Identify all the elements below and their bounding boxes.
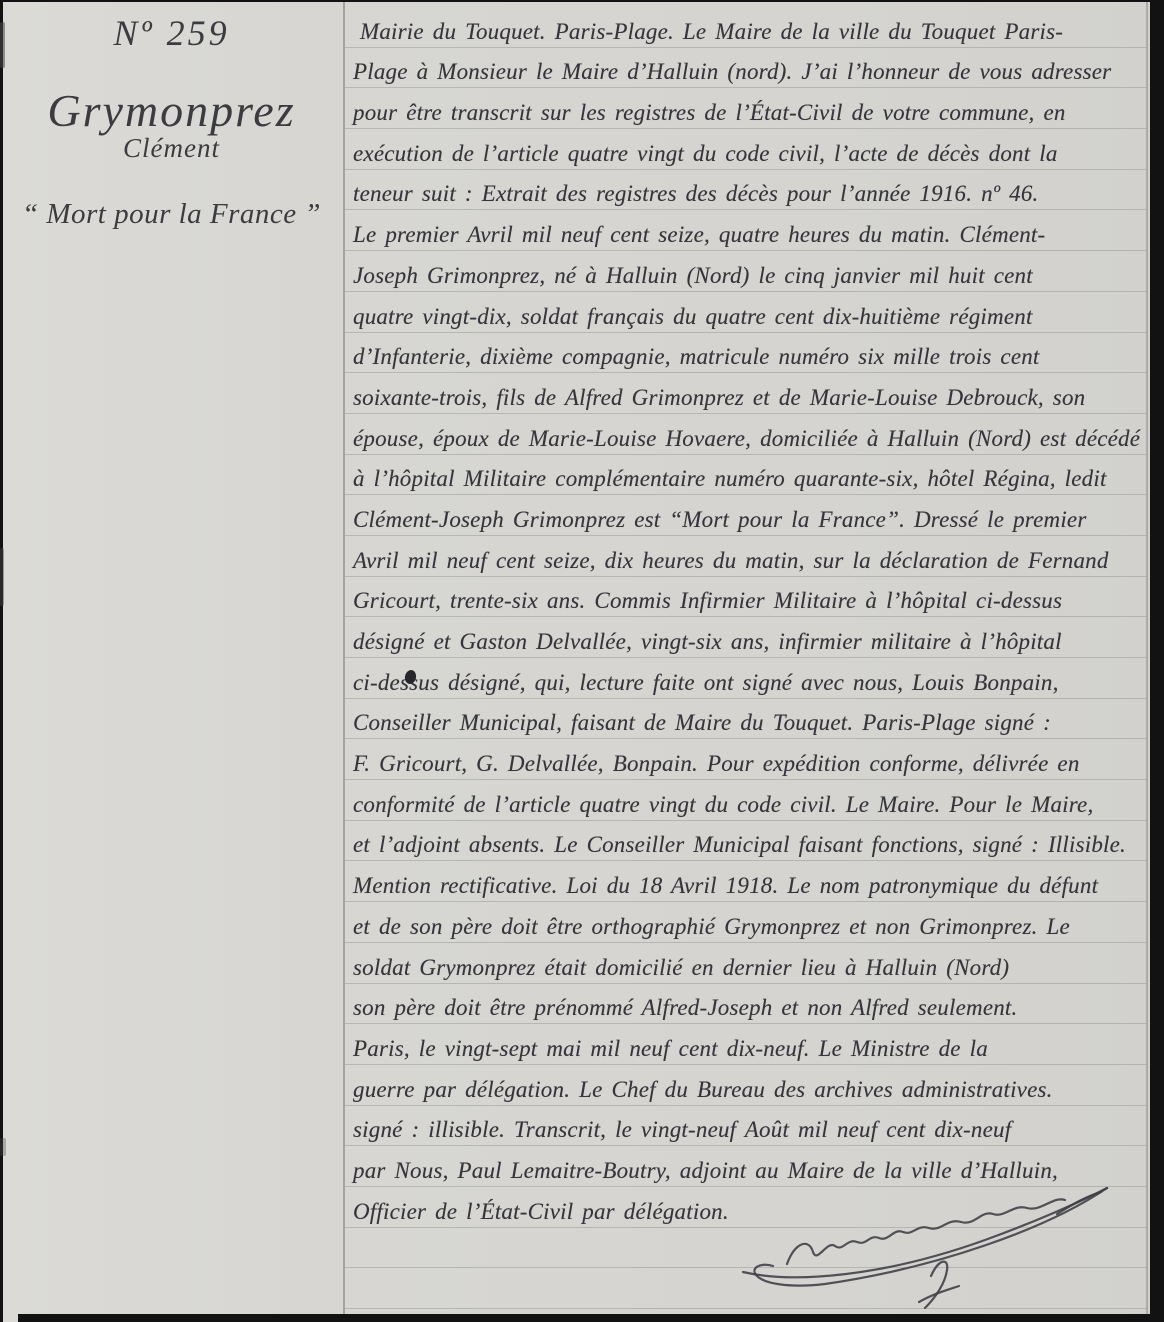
act-line-text: pour être transcrit sur les registres de… — [353, 99, 1066, 127]
act-line: à l’hôpital Militaire complémentaire num… — [345, 455, 1146, 496]
act-line-text: ci-dessus désigné, qui, lecture faite on… — [353, 669, 1059, 697]
act-line: soldat Grymonprez était domicilié en der… — [345, 943, 1146, 984]
act-line-text: d’Infanterie, dixième compagnie, matricu… — [353, 343, 1040, 371]
act-line-text: exécution de l’article quatre vingt du c… — [353, 140, 1058, 168]
act-line: ci-dessus désigné, qui, lecture faite on… — [345, 658, 1146, 699]
page-edge-rule — [1146, 0, 1148, 1314]
act-line: Conseiller Municipal, faisant de Maire d… — [345, 699, 1146, 740]
act-line: Joseph Grimonprez, né à Halluin (Nord) l… — [345, 251, 1146, 292]
act-line: épouse, époux de Marie-Louise Hovaere, d… — [345, 414, 1146, 455]
act-line-text: Mairie du Touquet. Paris-Plage. Le Maire… — [360, 18, 1063, 46]
act-line: soixante-trois, fils de Alfred Grimonpre… — [345, 373, 1146, 414]
signature-lemaitre-boutry — [735, 1180, 1115, 1320]
act-line-text: soldat Grymonprez était domicilié en der… — [353, 954, 1009, 982]
deceased-given-name: Clément — [0, 133, 343, 164]
act-line: et l’adjoint absents. Le Conseiller Muni… — [345, 821, 1146, 862]
act-line: Mention rectificative. Loi du 18 Avril 1… — [345, 861, 1146, 902]
act-lines: Mairie du Touquet. Paris-Plage. Le Maire… — [345, 7, 1146, 1309]
act-line: Gricourt, trente-six ans. Commis Infirmi… — [345, 577, 1146, 618]
act-line-text: Officier de l’État-Civil par délégation. — [353, 1198, 729, 1226]
act-line: Plage à Monsieur le Maire d’Halluin (nor… — [345, 48, 1146, 89]
act-line-text: soixante-trois, fils de Alfred Grimonpre… — [353, 384, 1085, 412]
act-line: Mairie du Touquet. Paris-Plage. Le Maire… — [345, 7, 1146, 48]
act-line: pour être transcrit sur les registres de… — [345, 88, 1146, 129]
act-line: Paris, le vingt-sept mai mil neuf cent d… — [345, 1024, 1146, 1065]
act-line: d’Infanterie, dixième compagnie, matricu… — [345, 333, 1146, 374]
act-line: conformité de l’article quatre vingt du … — [345, 780, 1146, 821]
scan-smudge — [0, 1138, 6, 1156]
act-line-text: son père doit être prénommé Alfred-Josep… — [353, 994, 1017, 1022]
act-line: et de son père doit être orthographié Gr… — [345, 902, 1146, 943]
scan-edge-right — [1150, 0, 1164, 1322]
act-line-text: Paris, le vingt-sept mai mil neuf cent d… — [353, 1035, 988, 1063]
act-line-text: Mention rectificative. Loi du 18 Avril 1… — [353, 872, 1098, 900]
act-line-text: et l’adjoint absents. Le Conseiller Muni… — [353, 831, 1126, 859]
act-line-text: et de son père doit être orthographié Gr… — [353, 913, 1070, 941]
act-line-text: épouse, époux de Marie-Louise Hovaere, d… — [353, 425, 1140, 453]
act-line-text: Joseph Grimonprez, né à Halluin (Nord) l… — [353, 262, 1033, 290]
scan-edge-left — [0, 0, 3, 1322]
scan-smudge — [0, 22, 5, 68]
act-line-text: Conseiller Municipal, faisant de Maire d… — [353, 709, 1051, 737]
act-line: son père doit être prénommé Alfred-Josep… — [345, 984, 1146, 1025]
act-line-text: Avril mil neuf cent seize, dix heures du… — [353, 547, 1109, 575]
act-line: exécution de l’article quatre vingt du c… — [345, 129, 1146, 170]
scan-edge-bottom — [18, 1314, 1164, 1322]
act-line-text: Plage à Monsieur le Maire d’Halluin (nor… — [353, 58, 1111, 86]
scan-edge-top — [0, 0, 1164, 2]
act-line: Avril mil neuf cent seize, dix heures du… — [345, 536, 1146, 577]
act-line-text: signé : illisible. Transcrit, le vingt-n… — [353, 1116, 1011, 1144]
act-line-text: teneur suit : Extrait des registres des … — [353, 180, 1038, 208]
scan-smudge — [0, 548, 4, 606]
act-line-text: Le premier Avril mil neuf cent seize, qu… — [353, 221, 1045, 249]
act-line-text: conformité de l’article quatre vingt du … — [353, 791, 1093, 819]
act-line-text: F. Gricourt, G. Delvallée, Bonpain. Pour… — [353, 750, 1080, 778]
act-line: signé : illisible. Transcrit, le vingt-n… — [345, 1106, 1146, 1147]
act-number: Nº 259 — [0, 12, 343, 54]
margin-column: Nº 259 Grymonprez Clément “ Mort pour la… — [0, 0, 343, 231]
act-line: teneur suit : Extrait des registres des … — [345, 170, 1146, 211]
act-line: désigné et Gaston Delvallée, vingt-six a… — [345, 617, 1146, 658]
act-line-text: Gricourt, trente-six ans. Commis Infirmi… — [353, 587, 1062, 615]
act-line-text: Clément-Joseph Grimonprez est “Mort pour… — [353, 506, 1086, 534]
deceased-surname: Grymonprez — [0, 84, 343, 137]
act-line-text: désigné et Gaston Delvallée, vingt-six a… — [353, 628, 1062, 656]
act-line: guerre par délégation. Le Chef du Bureau… — [345, 1065, 1146, 1106]
act-line-text: guerre par délégation. Le Chef du Bureau… — [353, 1076, 1053, 1104]
act-line-text: à l’hôpital Militaire complémentaire num… — [353, 465, 1107, 493]
register-page-scan: Nº 259 Grymonprez Clément “ Mort pour la… — [0, 0, 1164, 1322]
act-line: quatre vingt-dix, soldat français du qua… — [345, 292, 1146, 333]
act-line-text: quatre vingt-dix, soldat français du qua… — [353, 303, 1033, 331]
act-line: F. Gricourt, G. Delvallée, Bonpain. Pour… — [345, 739, 1146, 780]
act-line: Le premier Avril mil neuf cent seize, qu… — [345, 210, 1146, 251]
mort-pour-la-france-mention: “ Mort pour la France ” — [0, 198, 343, 231]
act-line: Clément-Joseph Grimonprez est “Mort pour… — [345, 495, 1146, 536]
